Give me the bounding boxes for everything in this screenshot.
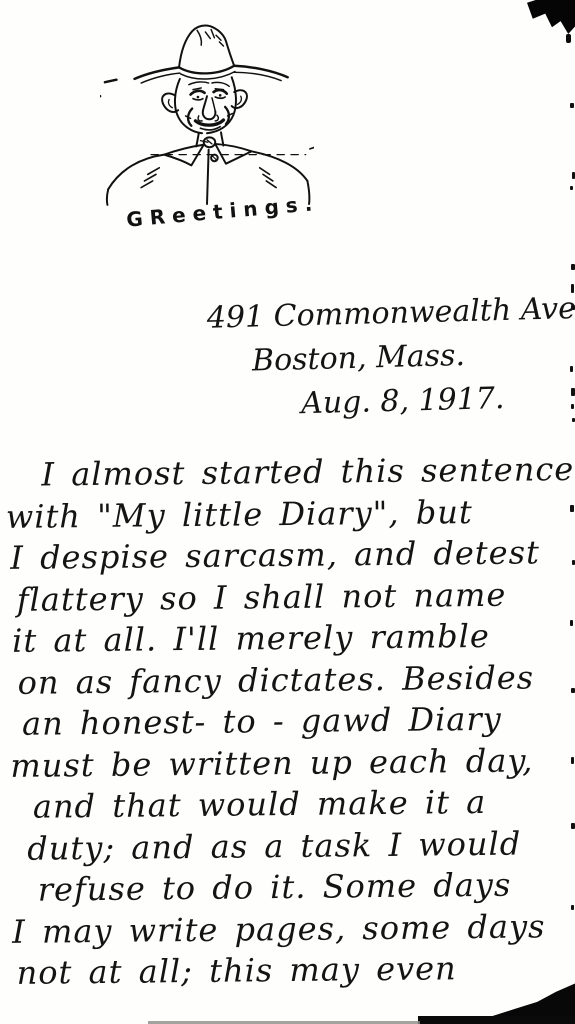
scan-artifact-edge-tick <box>571 264 575 270</box>
address-line-street: 491 Commonwealth Ave., <box>206 287 567 340</box>
scan-artifact-bottom-bar <box>418 1016 575 1024</box>
scan-artifact-edge-tick <box>571 823 575 829</box>
handwritten-line: must be written up each day, <box>4 740 570 787</box>
scan-artifact-edge-tick <box>571 688 575 693</box>
scan-artifact-edge-tick <box>570 103 574 108</box>
scan-artifact-edge-tick <box>571 905 574 910</box>
scan-artifact-edge-tick <box>570 366 573 372</box>
handwritten-line: not at all; this may even <box>6 947 572 994</box>
handwritten-line: and that would make it a <box>5 781 571 828</box>
soldier-cartoon-drawing <box>100 16 314 206</box>
handwritten-line: flattery so I shall not name <box>2 574 568 621</box>
handwritten-line: an honest- to - gawd Diary <box>4 698 570 745</box>
letter-body: I almost started this sentence, with "My… <box>1 449 573 994</box>
address-block: 491 Commonwealth Ave., Boston, Mass. Aug… <box>206 287 569 428</box>
scan-artifact-edge-tick <box>570 505 574 512</box>
handwritten-line: it at all. I'll merely ramble <box>3 615 569 662</box>
handwritten-line: on as fancy dictates. Besides <box>3 657 569 704</box>
address-line-date: Aug. 8, 1917. <box>301 375 570 426</box>
handwritten-line: refuse to do it. Some days <box>6 864 572 911</box>
handwritten-line: duty; and as a task I would <box>5 823 571 870</box>
scan-artifact-edge-tick <box>571 305 575 310</box>
handwritten-line: I may write pages, some days <box>6 906 572 953</box>
handwritten-line: I almost started this sentence, <box>1 449 567 496</box>
scan-artifact-edge-tick <box>571 757 574 764</box>
scan-artifact-edge-tick <box>571 388 575 396</box>
scan-artifact-top-right-tail <box>566 34 571 43</box>
handwritten-line: with "My little Diary", but <box>2 491 568 538</box>
soldier-cartoon-icon <box>100 16 314 206</box>
scan-artifact-edge-tick <box>570 186 573 190</box>
scan-artifact-edge-tick <box>571 284 574 293</box>
scan-artifact-edge-tick <box>571 404 574 409</box>
diary-page: GReetings. 491 Commonwealth Ave., Boston… <box>0 0 575 1024</box>
scan-artifact-top-right-blob <box>527 0 575 34</box>
handwritten-line: I despise sarcasm, and detest <box>2 532 568 579</box>
scan-artifact-edge-tick <box>570 620 573 626</box>
